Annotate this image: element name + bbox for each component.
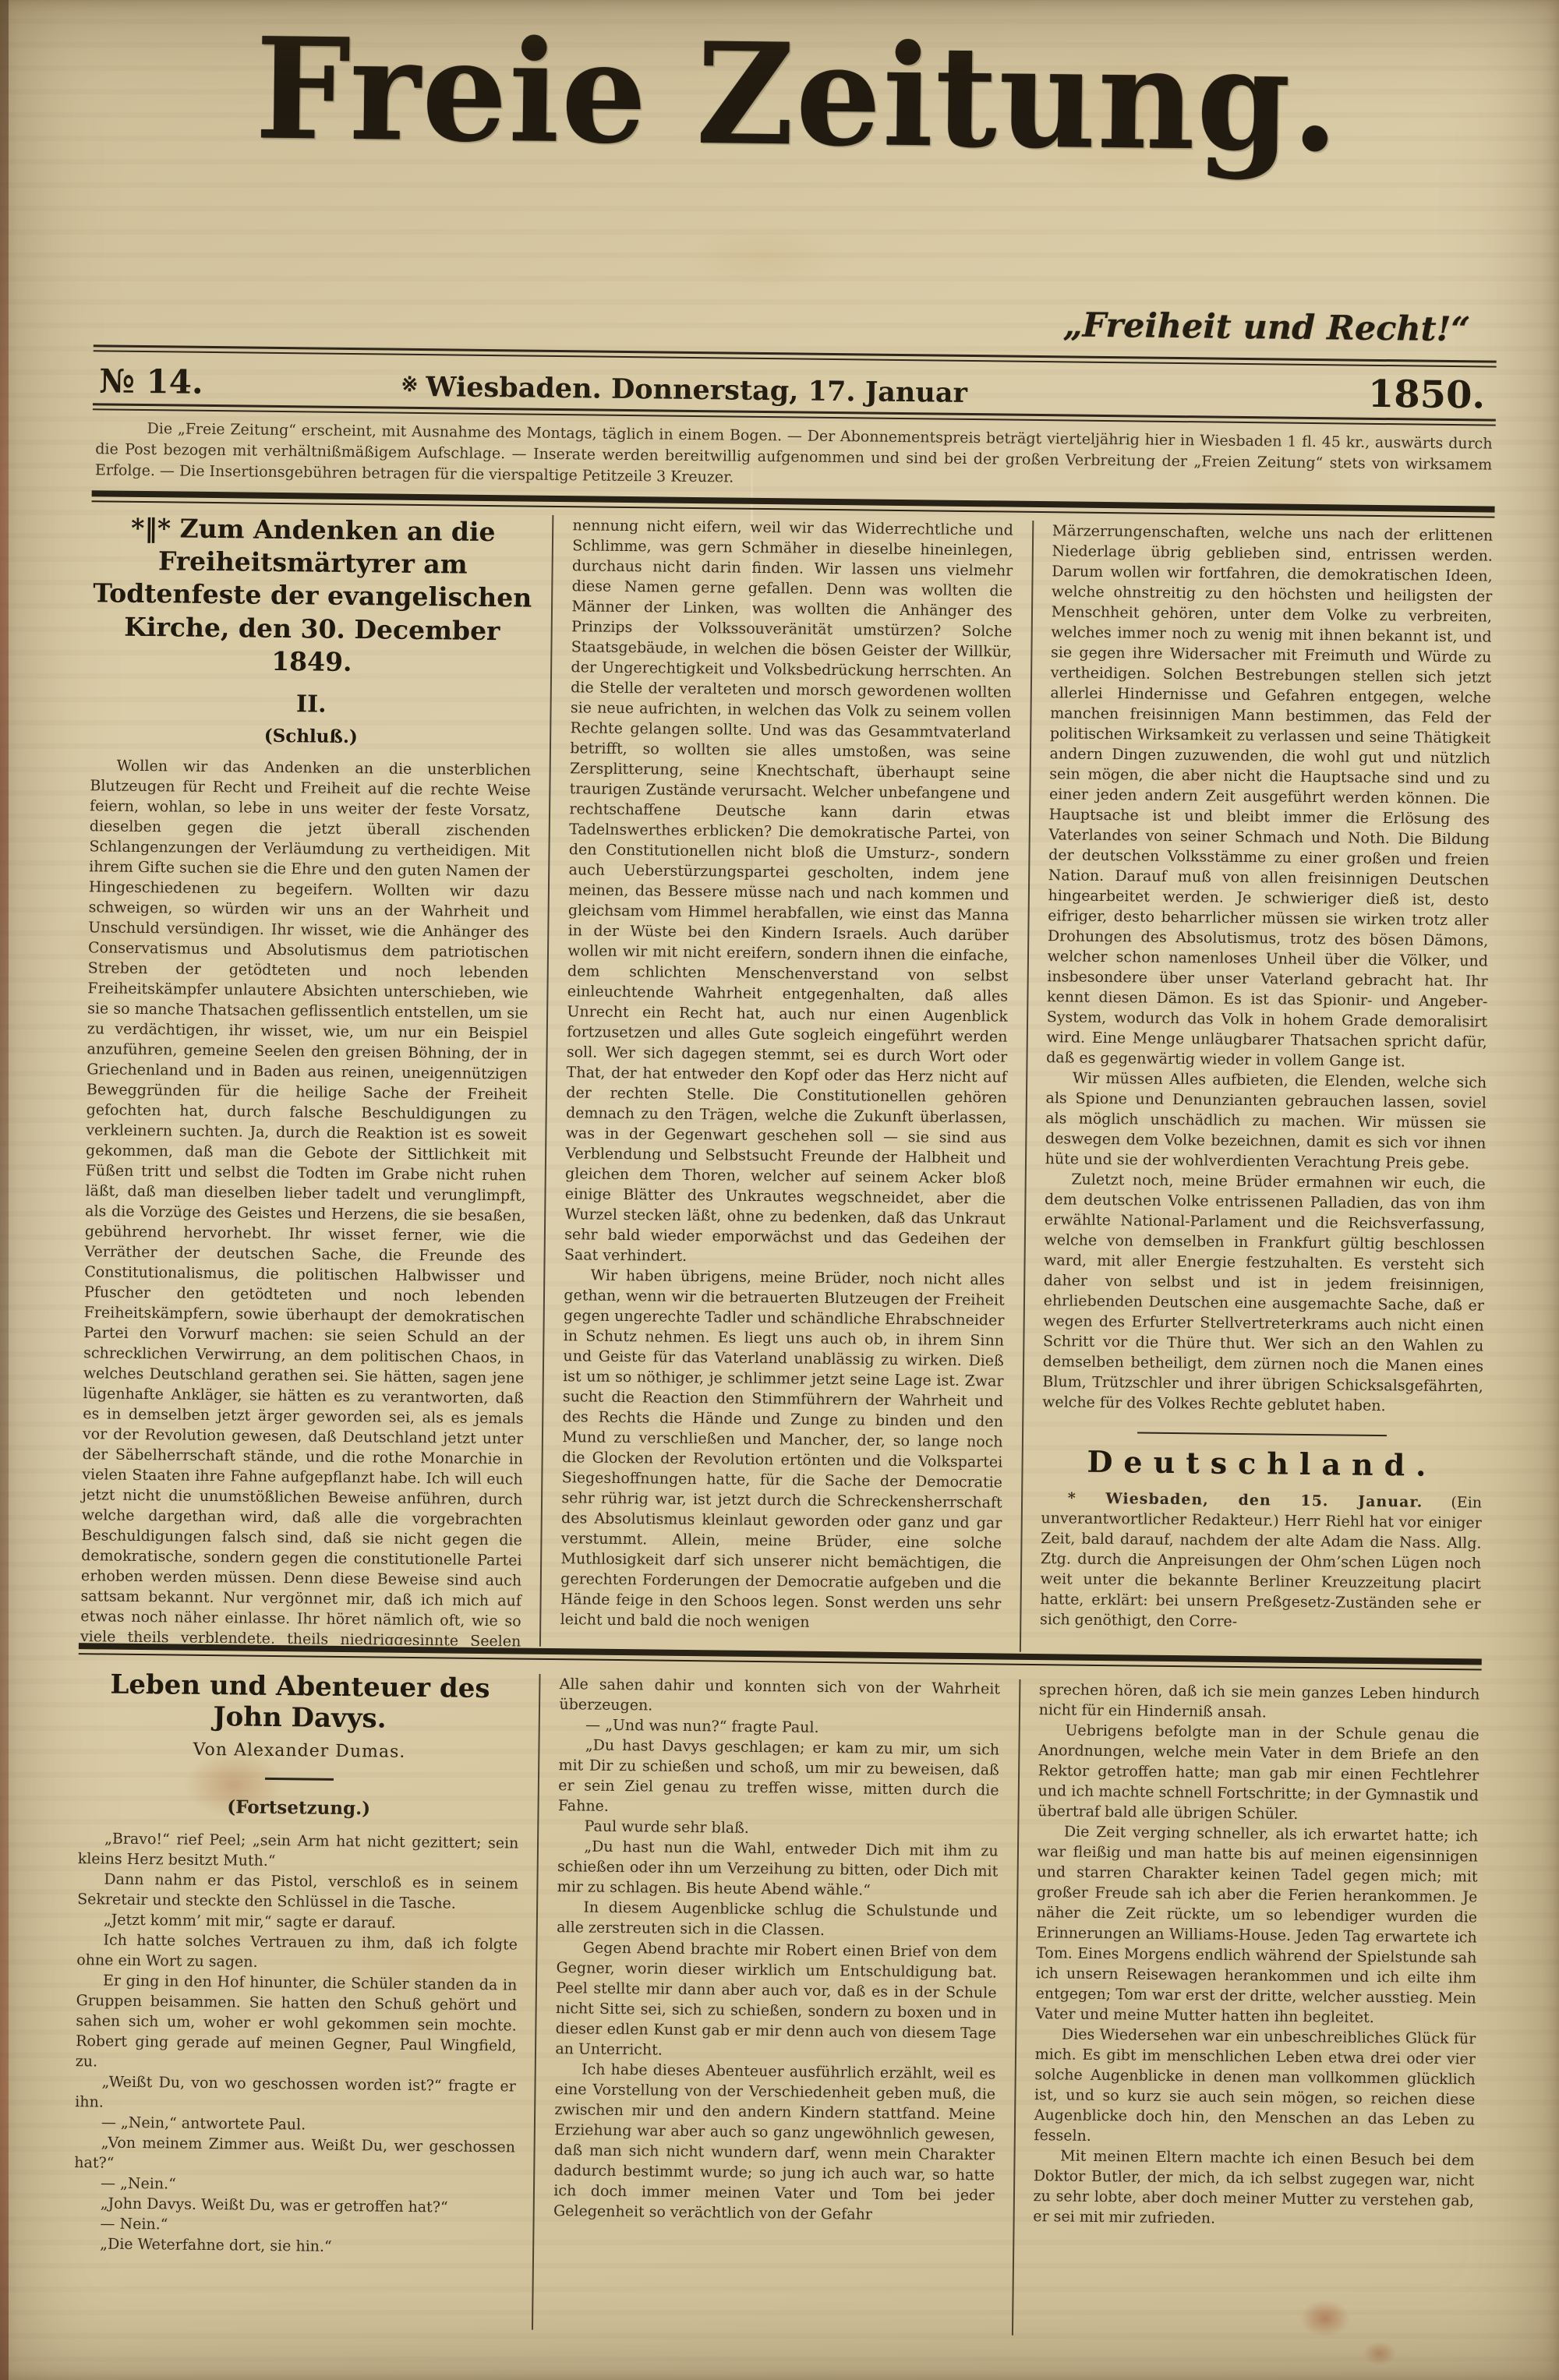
paragraph: Uebrigens befolgte man in der Schule gen… [1038, 1720, 1479, 1826]
continuation-note: (Fortsetzung.) [78, 1795, 519, 1820]
column-3: Märzerrungenschaften, welche uns nach de… [1020, 521, 1495, 1658]
imprint-notice: Die „Freie Zeitung“ erscheint, mit Ausna… [92, 410, 1496, 506]
paragraph: Er ging in den Hof hinunter, die Schüler… [76, 1970, 518, 2076]
paragraph: Die Zeit verging schneller, als ich erwa… [1035, 1821, 1478, 2029]
article-headline-block: *‖* Zum Andenken an die Freiheitsmärtyre… [90, 511, 534, 750]
paragraph: Dies Wiedersehen war ein unbeschreiblich… [1034, 2024, 1476, 2150]
section-divider [1137, 1432, 1387, 1436]
paragraph: Zuletzt noch, meine Brüder ermahnen wir … [1042, 1169, 1486, 1417]
dateline-text: Wiesbaden. Donnerstag, 17. Januar [426, 371, 967, 409]
paragraph: nennung nicht eifern, weil wir das Wider… [564, 515, 1013, 1269]
paragraph: „Weißt Du, von wo geschossen worden ist?… [75, 2071, 516, 2117]
article-part-number: II. [90, 688, 532, 720]
paragraph: Wollen wir das Andenken an die unsterbli… [79, 755, 531, 1646]
paragraph: Ich hatte solches Vertrauen zu ihm, daß … [76, 1930, 518, 1975]
paragraph: Dann nahm er das Pistol, verschloß es in… [77, 1869, 518, 1914]
masthead-title: Freie Zeitung. [95, 0, 1500, 183]
paragraph: „Die Weterfahne dort, sie hin.“ [73, 2233, 514, 2258]
byline-divider [265, 1778, 334, 1781]
masthead-area: Freie Zeitung. „Freiheit und Recht!“ [94, 0, 1501, 361]
paragraph: Alle sahen dahir und konnten sich von de… [559, 1674, 1000, 1719]
paragraph: Wir haben übrigens, meine Brüder, noch n… [560, 1265, 1005, 1634]
article-body-col2: nennung nicht eifern, weil wir das Wider… [560, 515, 1013, 1634]
motto: „Freiheit und Recht!“ [1063, 305, 1471, 349]
newspaper-content: Freie Zeitung. „Freiheit und Recht!“ № 1… [71, 0, 1501, 2340]
column-2: nennung nicht eifern, weil wir das Wider… [539, 515, 1032, 1652]
paragraph: „Du hast Davys geschlagen; er kam zu mir… [558, 1735, 999, 1820]
paragraph: Gegen Abend brachte mir Robert einen Bri… [555, 1937, 997, 2064]
germany-heading: Deutschland. [1041, 1443, 1483, 1483]
paragraph: sprechen hören, daß ich sie mein ganzes … [1039, 1679, 1480, 1725]
article-kicker: *‖* [131, 513, 171, 544]
paragraph: Ich habe dieses Abenteuer ausführlich er… [553, 2059, 996, 2226]
scan-edge [0, 0, 9, 2380]
column-1: *‖* Zum Andenken an die Freiheitsmärtyre… [79, 510, 553, 1647]
paragraph: Wir müssen Alles aufbieten, die Elenden,… [1045, 1068, 1487, 1174]
paragraph: Märzerrungenschaften, welche uns nach de… [1046, 521, 1493, 1072]
main-article-section: *‖* Zum Andenken an die Freiheitsmärtyre… [79, 510, 1494, 1657]
article-body-col3: Märzerrungenschaften, welche uns nach de… [1042, 521, 1493, 1417]
germany-report: * Wiesbaden, den 15. Januar. (Ein unvera… [1040, 1488, 1482, 1634]
feuilleton-column-1: Leben und Abenteuer des John Davys. Von … [71, 1668, 539, 2330]
feuilleton-column-2: Alle sahen dahir und konnten sich von de… [532, 1674, 1019, 2336]
article-title: *‖* Zum Andenken an die Freiheitsmärtyre… [91, 511, 534, 681]
report-text: (Ein unverantwortlicher Redakteur.) Herr… [1040, 1494, 1482, 1630]
year: 1850. [1368, 373, 1486, 418]
report-dateline: * Wiesbaden, den 15. Januar. [1068, 1489, 1423, 1510]
paragraph: Mit meinen Eltern machte ich einen Besuc… [1033, 2145, 1474, 2231]
paragraph: „Bravo!“ rief Peel; „sein Arm hat nicht … [78, 1828, 519, 1873]
feuilleton-byline: Von Alexander Dumas. [79, 1739, 520, 1763]
germany-report-paragraph: * Wiesbaden, den 15. Januar. (Ein unvera… [1040, 1488, 1482, 1634]
feuilleton-section: Leben und Abenteuer des John Davys. Von … [71, 1668, 1481, 2340]
article-body-col1: Wollen wir das Andenken an die unsterbli… [79, 755, 531, 1646]
feuilleton-body-col2: Alle sahen dahir und konnten sich von de… [553, 1674, 1000, 2226]
feuilleton-body-col1: „Bravo!“ rief Peel; „sein Arm hat nicht … [73, 1828, 518, 2258]
paragraph: „Von meinem Zimmer aus. Weißt Du, wer ge… [74, 2132, 515, 2177]
feuilleton-column-3: sprechen hören, daß ich sie mein ganzes … [1012, 1679, 1482, 2341]
feuilleton-body-col3: sprechen hören, daß ich sie mein ganzes … [1033, 1679, 1479, 2231]
feuilleton-title: Leben und Abenteuer des John Davys. [80, 1668, 521, 1736]
scanned-newspaper-page: { "colors": { "paper": "#d9cba6", "ink":… [0, 0, 1559, 2380]
article-subtitle: (Schluß.) [90, 723, 532, 749]
printer-ornament-icon: ※ [401, 373, 418, 397]
paragraph: In diesem Augenblicke schlug die Schulst… [557, 1897, 998, 1942]
paragraph: „Du hast nun die Wahl, entweder Dich mit… [557, 1836, 999, 1902]
